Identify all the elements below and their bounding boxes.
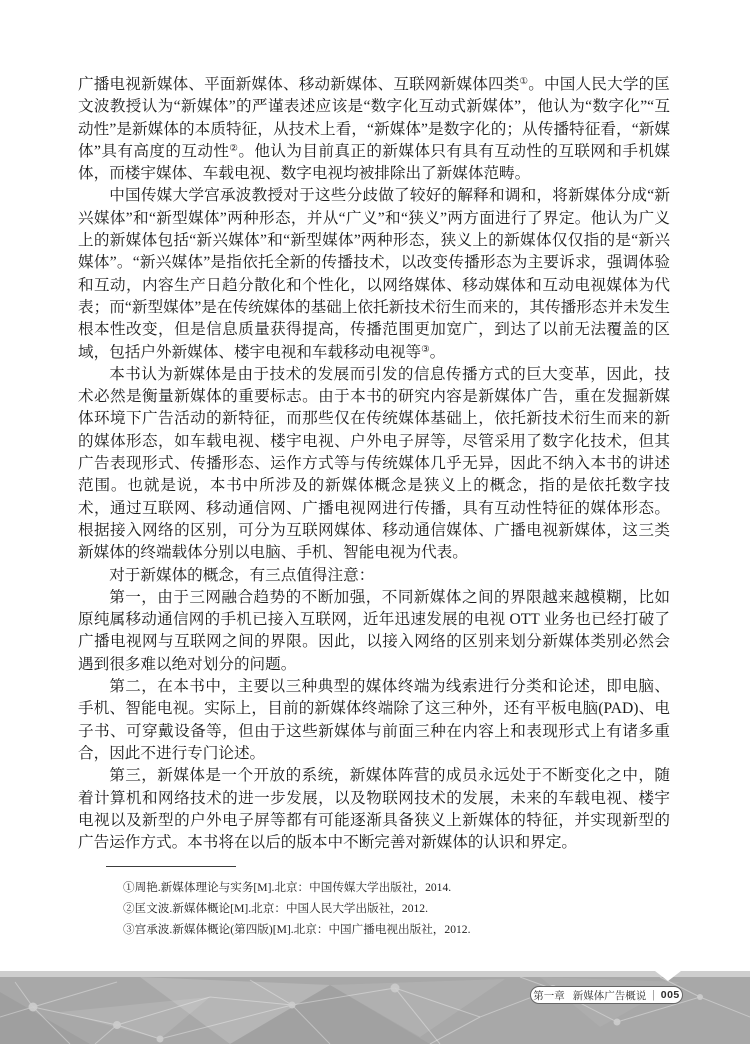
footnote-item: ②匡文波.新媒体概论[M].北京：中国人民大学出版社，2012. xyxy=(123,899,670,920)
body-paragraph: 第二，在本书中，主要以三种典型的媒体终端为线索进行分类和论述，即电脑、手机、智能… xyxy=(78,676,670,765)
footnote-item: ③宫承波.新媒体概论(第四版)[M].北京：中国广播电视出版社，2012. xyxy=(123,920,670,941)
footnote-divider xyxy=(106,866,236,867)
body-paragraph: 广播电视新媒体、平面新媒体、移动新媒体、互联网新媒体四类①。中国人民大学的匡文波… xyxy=(78,74,670,185)
chapter-title: 新媒体广告概说 xyxy=(573,988,647,1003)
separator-bar: ｜ xyxy=(648,988,659,1003)
body-paragraph: 对于新媒体的概念，有三点值得注意： xyxy=(78,565,670,587)
footnote-item: ①周艳.新媒体理论与实务[M].北京：中国传媒大学出版社，2014. xyxy=(123,878,670,899)
page-number: 005 xyxy=(661,989,680,1001)
chapter-label: 第一章 xyxy=(533,988,565,1003)
body-paragraph: 中国传媒大学宫承波教授对于这些分歧做了较好的解释和调和，将新媒体分成“新兴媒体”… xyxy=(78,185,670,363)
book-page: 广播电视新媒体、平面新媒体、移动新媒体、互联网新媒体四类①。中国人民大学的匡文波… xyxy=(0,0,750,1044)
footer-notch xyxy=(655,971,681,981)
body-paragraph: 第一，由于三网融合趋势的不断加强，不同新媒体之间的界限越来越模糊，比如原纯属移动… xyxy=(78,587,670,676)
chapter-page-badge: 第一章 新媒体广告概说 ｜ 005 xyxy=(530,986,683,1004)
body-text: 广播电视新媒体、平面新媒体、移动新媒体、互联网新媒体四类①。中国人民大学的匡文波… xyxy=(78,74,670,854)
page-footer: 第一章 新媒体广告概说 ｜ 005 xyxy=(0,971,750,1044)
footnote-list: ①周艳.新媒体理论与实务[M].北京：中国传媒大学出版社，2014.②匡文波.新… xyxy=(78,878,670,940)
footnote-section: ①周艳.新媒体理论与实务[M].北京：中国传媒大学出版社，2014.②匡文波.新… xyxy=(78,866,670,940)
body-paragraph: 第三，新媒体是一个开放的系统，新媒体阵营的成员永远处于不断变化之中，随着计算机和… xyxy=(78,765,670,854)
body-paragraph: 本书认为新媒体是由于技术的发展而引发的信息传播方式的巨大变革，因此，技术必然是衡… xyxy=(78,364,670,565)
